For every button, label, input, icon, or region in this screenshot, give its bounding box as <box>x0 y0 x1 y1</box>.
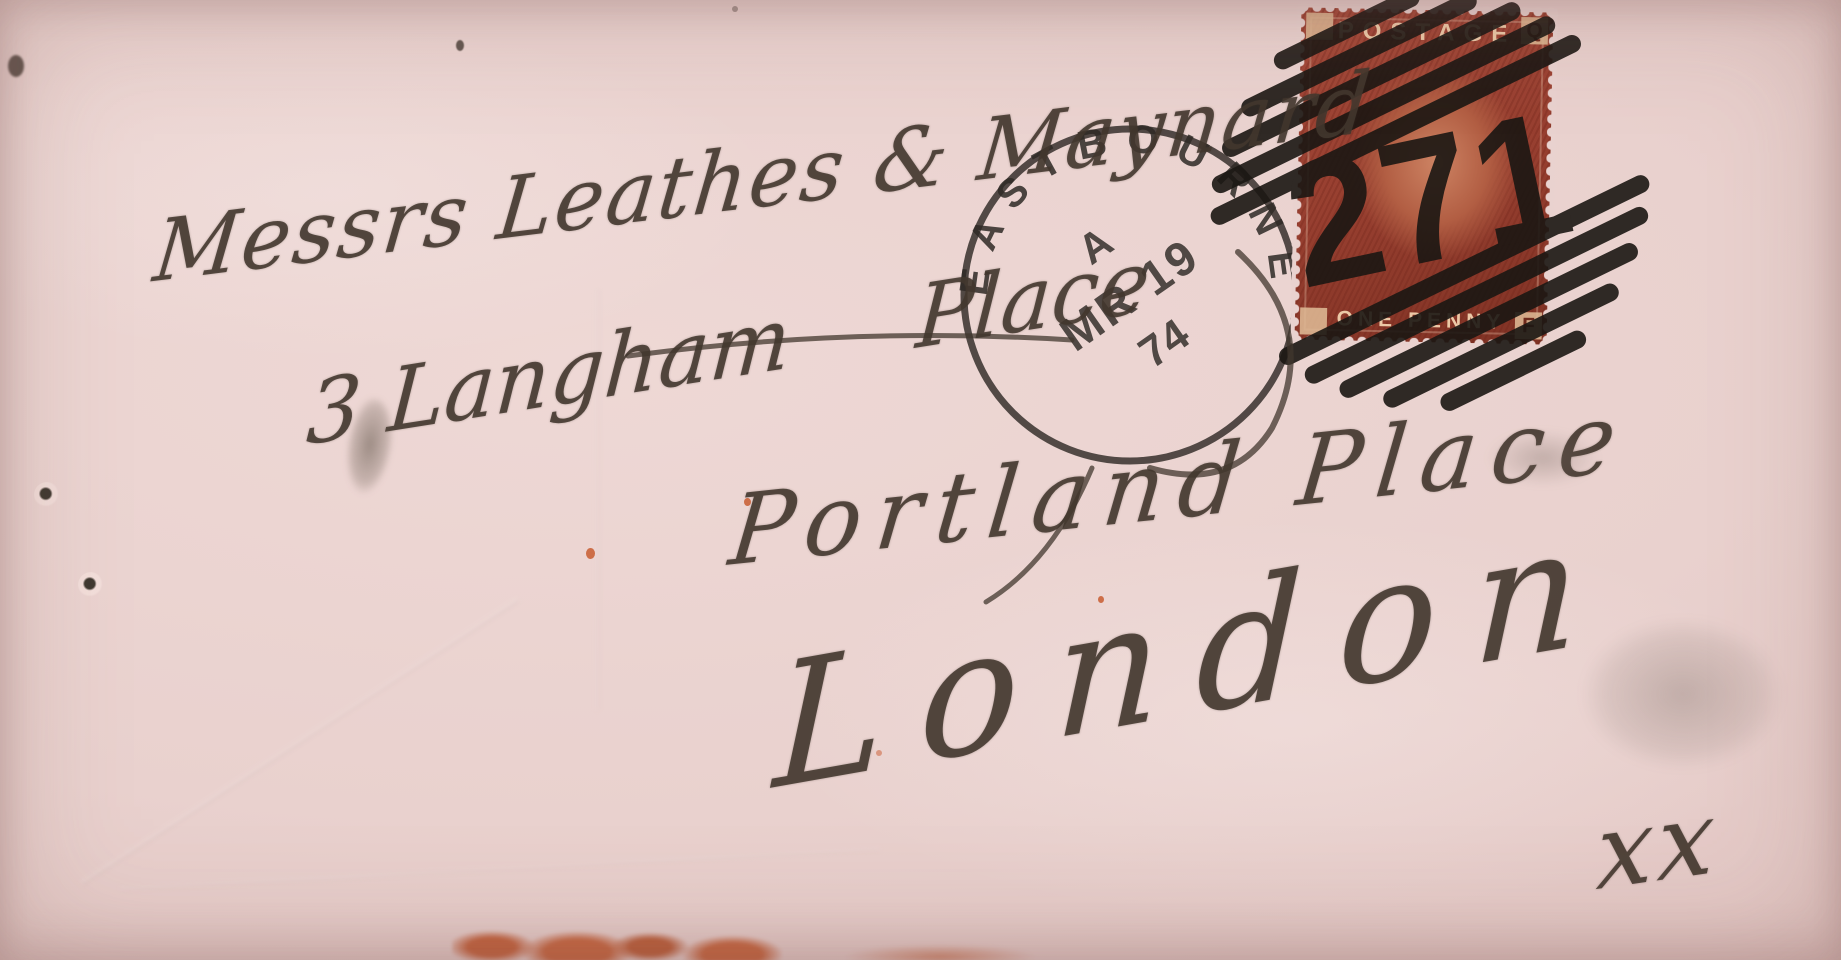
ink-flourishes <box>0 0 1841 960</box>
ink-flourish-tcross <box>628 336 1072 356</box>
ink-flourish-descender <box>986 468 1092 602</box>
ink-flourish-loop <box>1150 252 1291 475</box>
envelope-front: EASTBOURNE A MR 19 74 POSTAGE ONE PENNY … <box>0 0 1841 960</box>
